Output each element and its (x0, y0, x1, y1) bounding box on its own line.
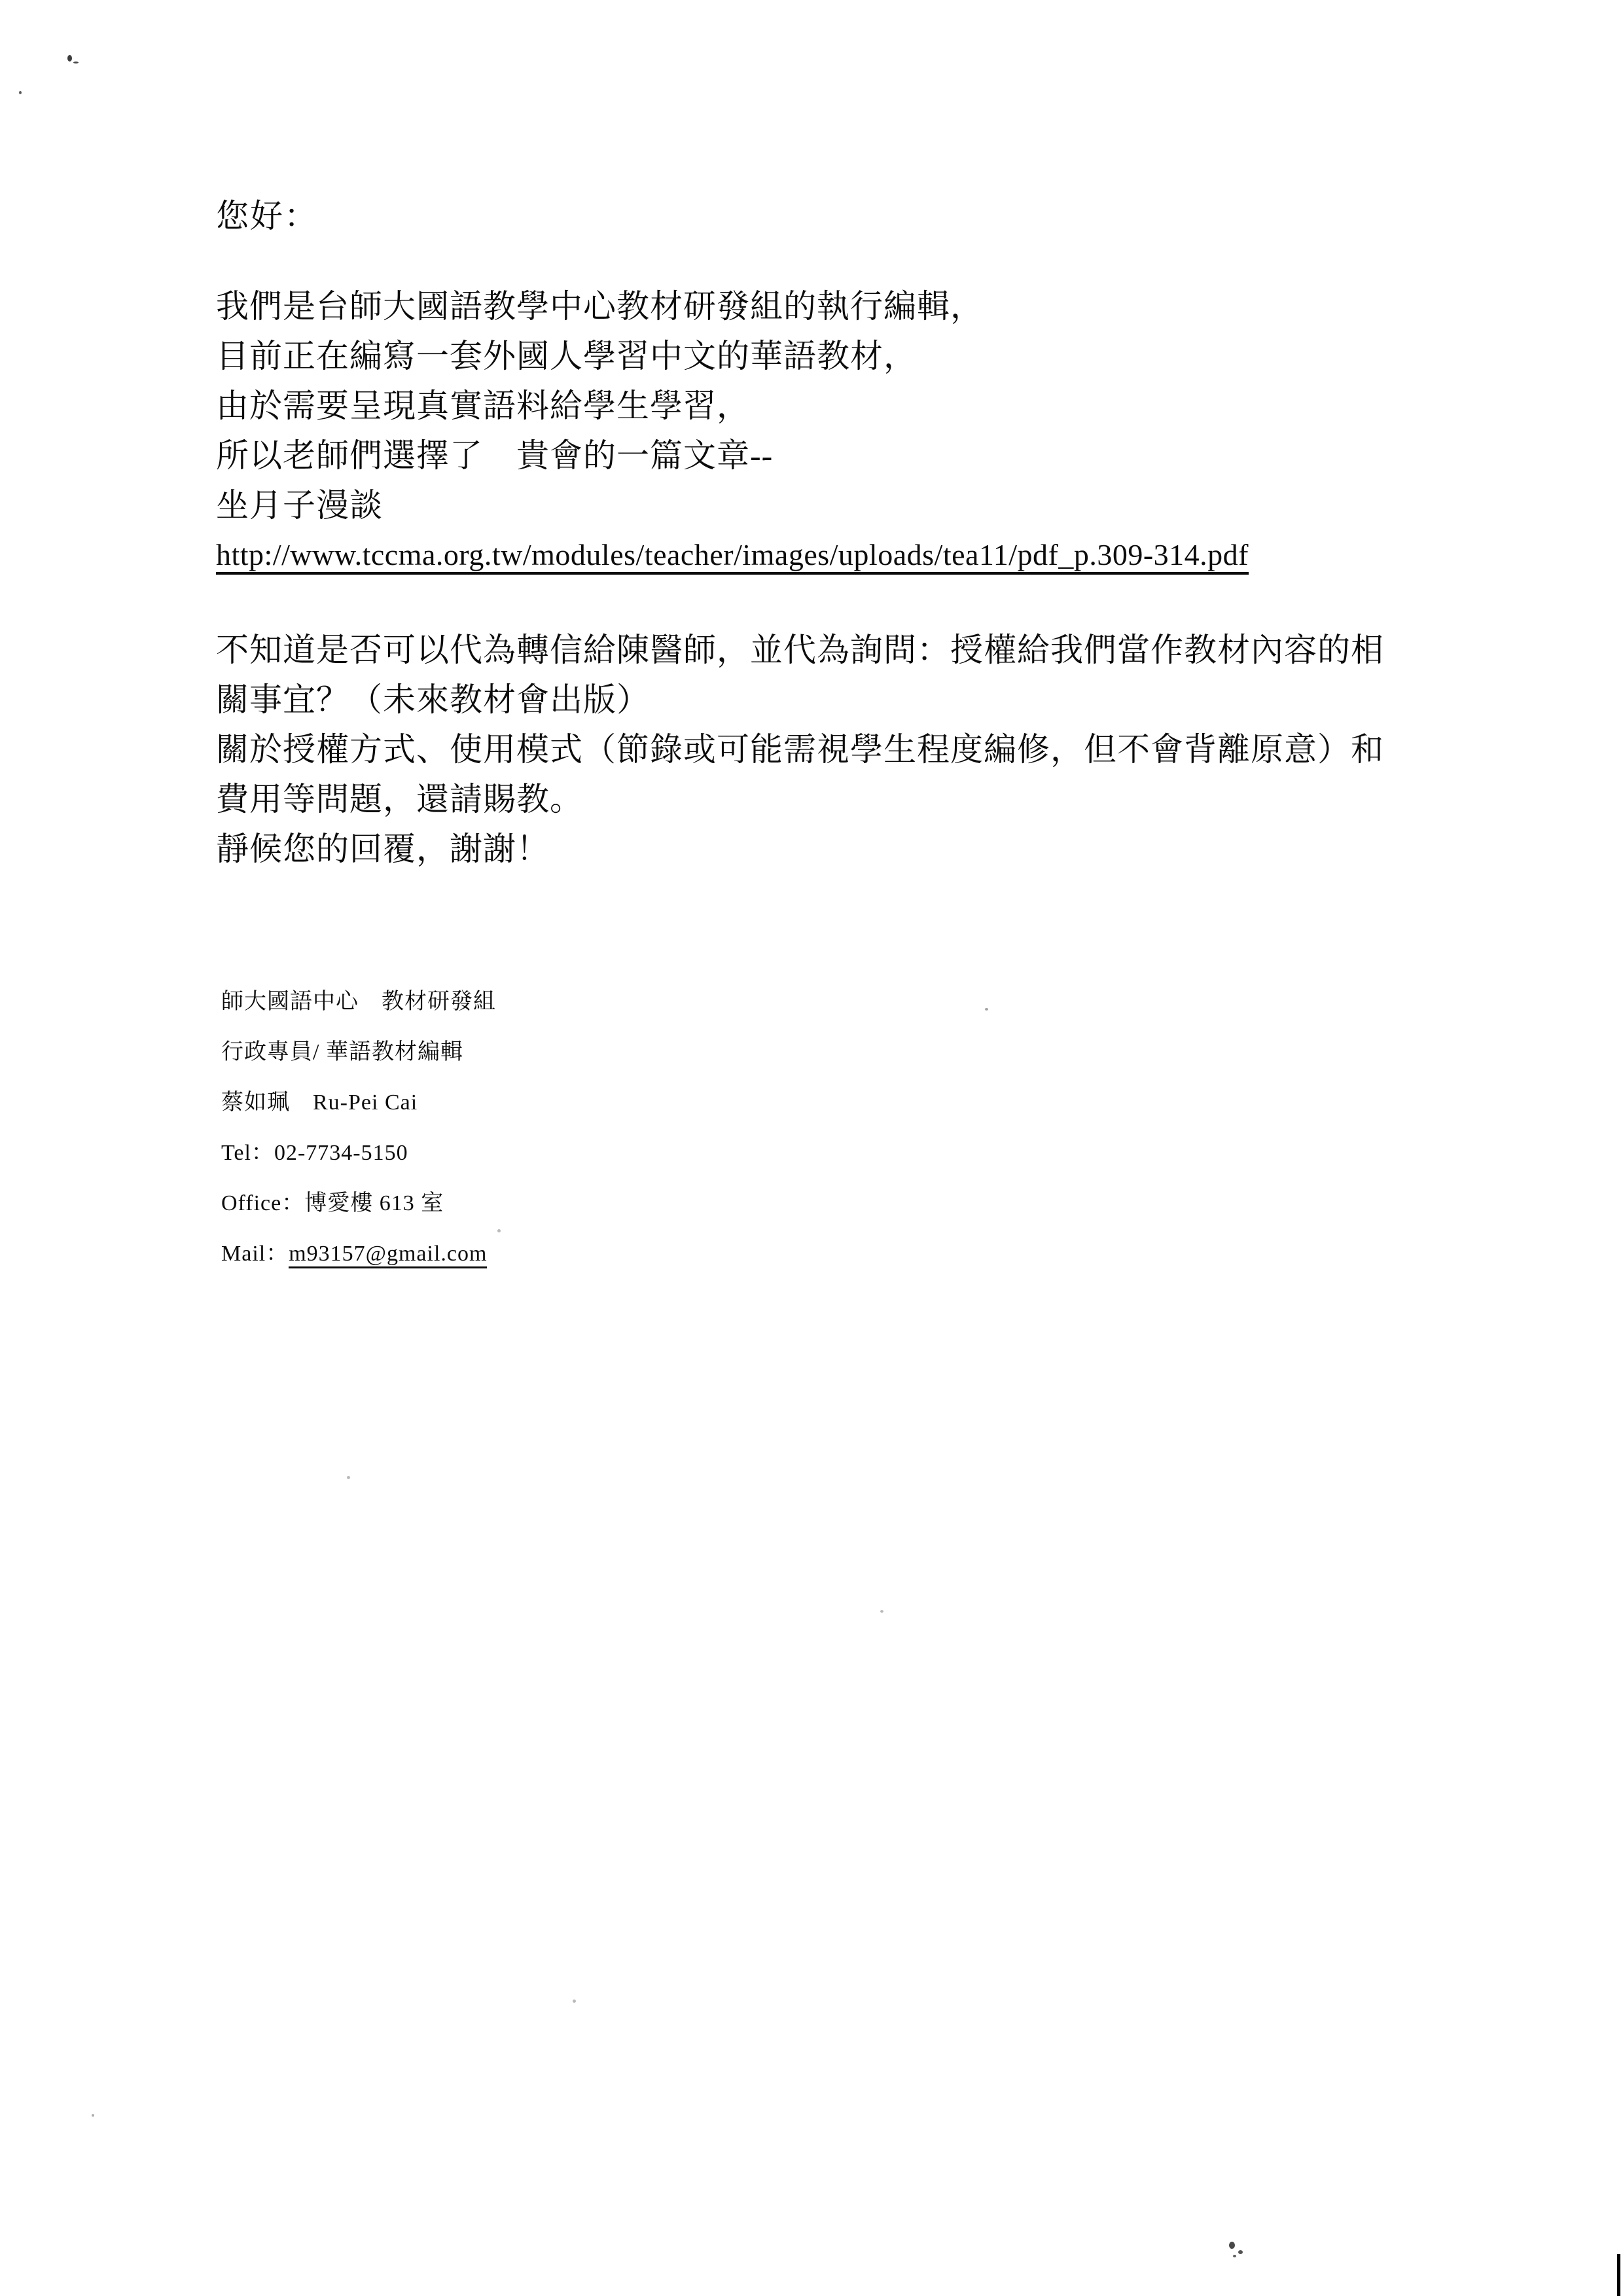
signature-tel-line: Tel：02-7734-5150 (221, 1128, 496, 1178)
tel-value: 02-7734-5150 (274, 1141, 408, 1165)
mail-label: Mail： (221, 1242, 289, 1266)
office-value: 博愛樓 613 室 (304, 1191, 444, 1215)
scan-speck (985, 1008, 988, 1011)
office-label: Office： (221, 1191, 304, 1215)
text-line: 費用等問題，還請賜教。 (216, 774, 1384, 824)
signature-block: 師大國語中心 教材研發組 行政專員/ 華語教材編輯 蔡如珮 Ru-Pei Cai… (221, 977, 496, 1279)
email-link[interactable]: m93157@gmail.com (289, 1242, 487, 1268)
signature-role-line: 行政專員/ 華語教材編輯 (221, 1027, 496, 1077)
scan-speck (573, 2000, 576, 2003)
signature-office-line: Office：博愛樓 613 室 (221, 1178, 496, 1229)
scan-speck (497, 1229, 501, 1232)
scan-speck (1238, 2250, 1243, 2254)
request-paragraph: 不知道是否可以代為轉信給陳醫師，並代為詢問：授權給我們當作教材內容的相 關事宜？… (216, 625, 1384, 874)
greeting-text: 您好： (216, 191, 318, 241)
article-url-line: http://www.tccma.org.tw/modules/teacher/… (216, 530, 1249, 587)
scan-speck (762, 458, 765, 461)
signature-name-line: 蔡如珮 Ru-Pei Cai (221, 1077, 496, 1128)
text-line: 我們是台師大國語教學中心教材研發組的執行編輯， (216, 281, 1249, 331)
text-line: 不知道是否可以代為轉信給陳醫師，並代為詢問：授權給我們當作教材內容的相 (216, 625, 1384, 675)
signature-mail-line: Mail：m93157@gmail.com (221, 1229, 496, 1279)
scan-speck (67, 55, 72, 62)
text-line: 所以老師們選擇了 貴會的一篇文章-- (216, 431, 1249, 480)
tel-label: Tel： (221, 1141, 274, 1165)
scan-speck (347, 1476, 350, 1479)
text-line: 目前正在編寫一套外國人學習中文的華語教材， (216, 331, 1249, 381)
text-line: 由於需要呈現真實語料給學生學習， (216, 381, 1249, 431)
scan-speck (1229, 2242, 1235, 2249)
scanned-letter-page: 您好： 我們是台師大國語教學中心教材研發組的執行編輯， 目前正在編寫一套外國人學… (0, 0, 1623, 2296)
article-url-link[interactable]: http://www.tccma.org.tw/modules/teacher/… (216, 538, 1249, 575)
signature-org-line: 師大國語中心 教材研發組 (221, 977, 496, 1027)
intro-paragraph: 我們是台師大國語教學中心教材研發組的執行編輯， 目前正在編寫一套外國人學習中文的… (216, 281, 1249, 587)
text-line: 關於授權方式、使用模式（節錄或可能需視學生程度編修，但不會背離原意）和 (216, 725, 1384, 774)
scan-speck (19, 91, 22, 94)
scan-speck (73, 62, 79, 63)
text-line: 關事宜？（未來教材會出版） (216, 675, 1384, 725)
scan-speck (880, 1610, 883, 1613)
scan-edge-artifact-line (1617, 2254, 1620, 2296)
closing-line: 靜候您的回覆，謝謝！ (216, 824, 1384, 874)
article-title-line: 坐月子漫談 (216, 480, 1249, 530)
scan-speck (92, 2114, 94, 2117)
scan-speck (1233, 2255, 1236, 2257)
